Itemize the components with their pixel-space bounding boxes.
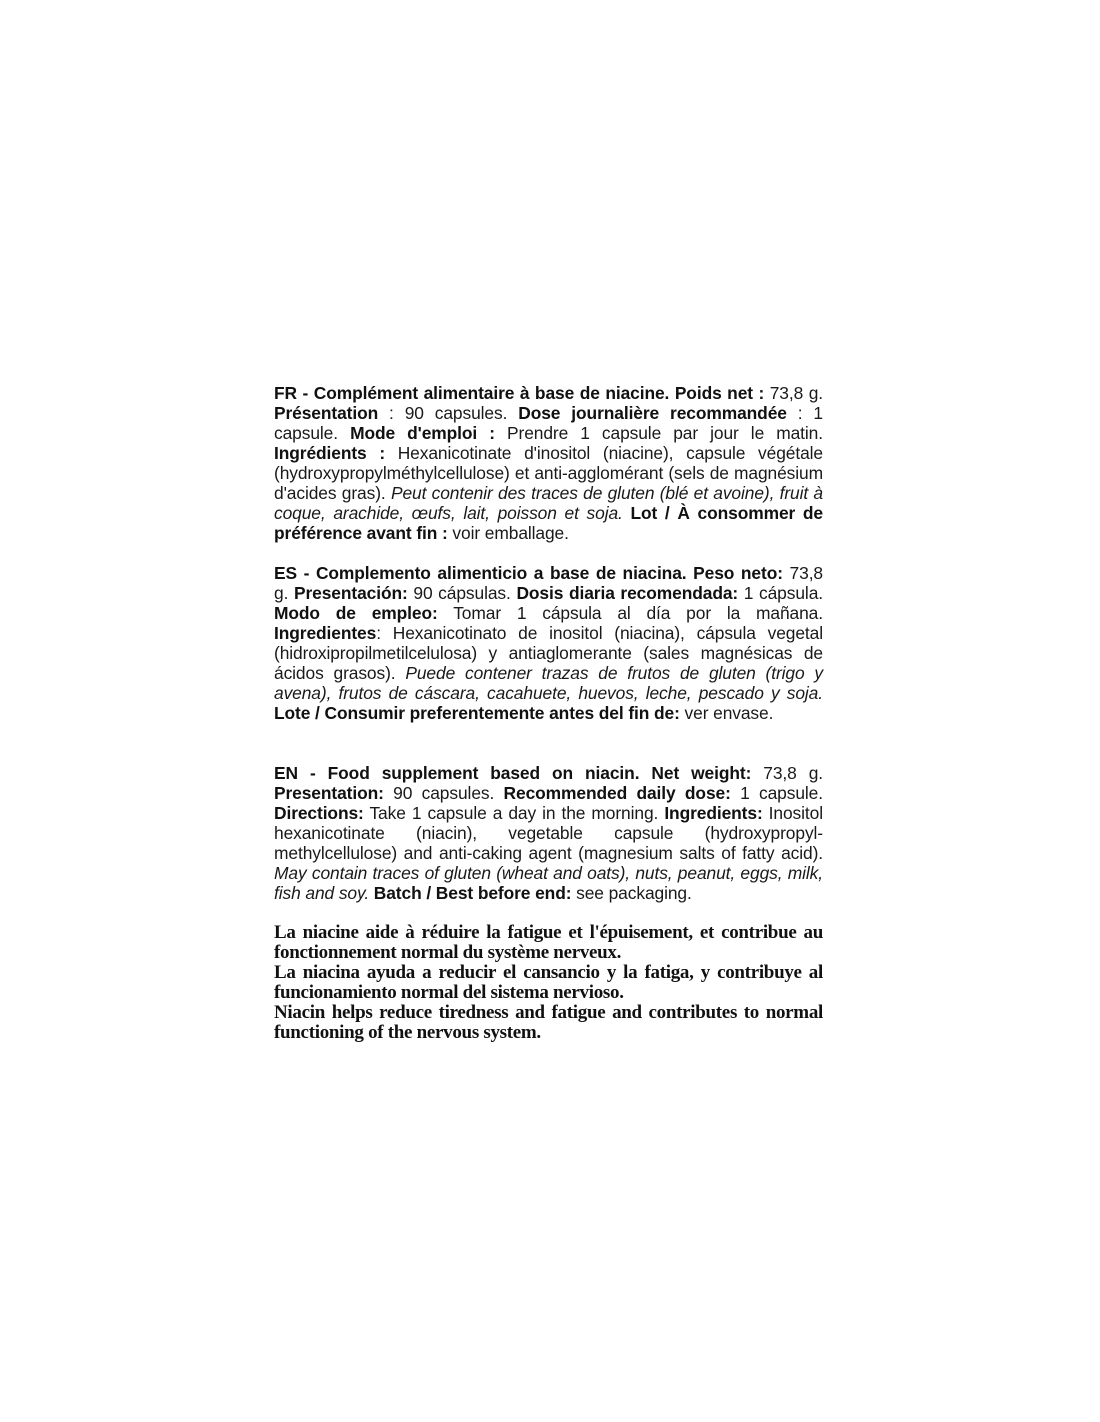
- directions-value: Tomar 1 cápsula al día por la mañana.: [438, 603, 823, 623]
- claim-en: Niacin helps reduce tiredness and fatigu…: [274, 1003, 823, 1043]
- claim-fr: La niacine aide à réduire la fatigue et …: [274, 923, 823, 963]
- lang-code: ES -: [274, 563, 316, 583]
- lang-code: FR -: [274, 383, 314, 403]
- directions-value: Take 1 capsule a day in the morning.: [364, 803, 665, 823]
- weight-value: 73,8 g.: [764, 383, 823, 403]
- batch-value: ver envase.: [680, 703, 774, 723]
- directions-label: Mode d'emploi :: [350, 423, 495, 443]
- weight-value: 73,8 g.: [751, 763, 823, 783]
- batch-label: Lote / Consumir preferentemente antes de…: [274, 703, 680, 723]
- batch-value: see packaging.: [571, 883, 691, 903]
- lang-code: EN -: [274, 763, 328, 783]
- label-section-es: ES - Complemento alimenticio a base de n…: [274, 563, 823, 723]
- product-title: Complément alimentaire à base de niacine…: [314, 383, 670, 403]
- dose-value: 1 capsule.: [731, 783, 823, 803]
- directions-label: Modo de empleo:: [274, 603, 438, 623]
- health-claims: La niacine aide à réduire la fatigue et …: [274, 923, 823, 1043]
- batch-value: voir emballage.: [448, 523, 569, 543]
- presentation-label: Présentation: [274, 403, 378, 423]
- directions-label: Directions:: [274, 803, 364, 823]
- dose-value: 1 cápsula.: [738, 583, 823, 603]
- presentation-value: : 90 capsules.: [378, 403, 518, 423]
- product-title: Food supplement based on niacin.: [328, 763, 640, 783]
- label-section-en: EN - Food supplement based on niacin. Ne…: [274, 763, 823, 903]
- ingredients-label: Ingredients:: [664, 803, 762, 823]
- ingredients-label: Ingrédients :: [274, 443, 385, 463]
- presentation-label: Presentación:: [294, 583, 408, 603]
- ingredients-label: Ingredientes: [274, 623, 376, 643]
- weight-label: Poids net :: [675, 383, 764, 403]
- weight-label: Peso neto:: [693, 563, 783, 583]
- batch-label: Batch / Best before end:: [369, 883, 571, 903]
- dose-label: Dose journalière recommandée: [518, 403, 787, 423]
- label-section-fr: FR - Complément alimentaire à base de ni…: [274, 383, 823, 543]
- weight-label: Net weight:: [651, 763, 751, 783]
- directions-value: Prendre 1 capsule par jour le matin.: [495, 423, 823, 443]
- presentation-value: 90 capsules.: [384, 783, 504, 803]
- presentation-value: 90 cápsulas.: [408, 583, 517, 603]
- dose-label: Recommended daily dose:: [504, 783, 731, 803]
- product-title: Complemento alimenticio a base de niacin…: [316, 563, 687, 583]
- dose-label: Dosis diaria recomendada:: [516, 583, 738, 603]
- claim-es: La niacina ayuda a reducir el cansancio …: [274, 963, 823, 1003]
- presentation-label: Presentation:: [274, 783, 384, 803]
